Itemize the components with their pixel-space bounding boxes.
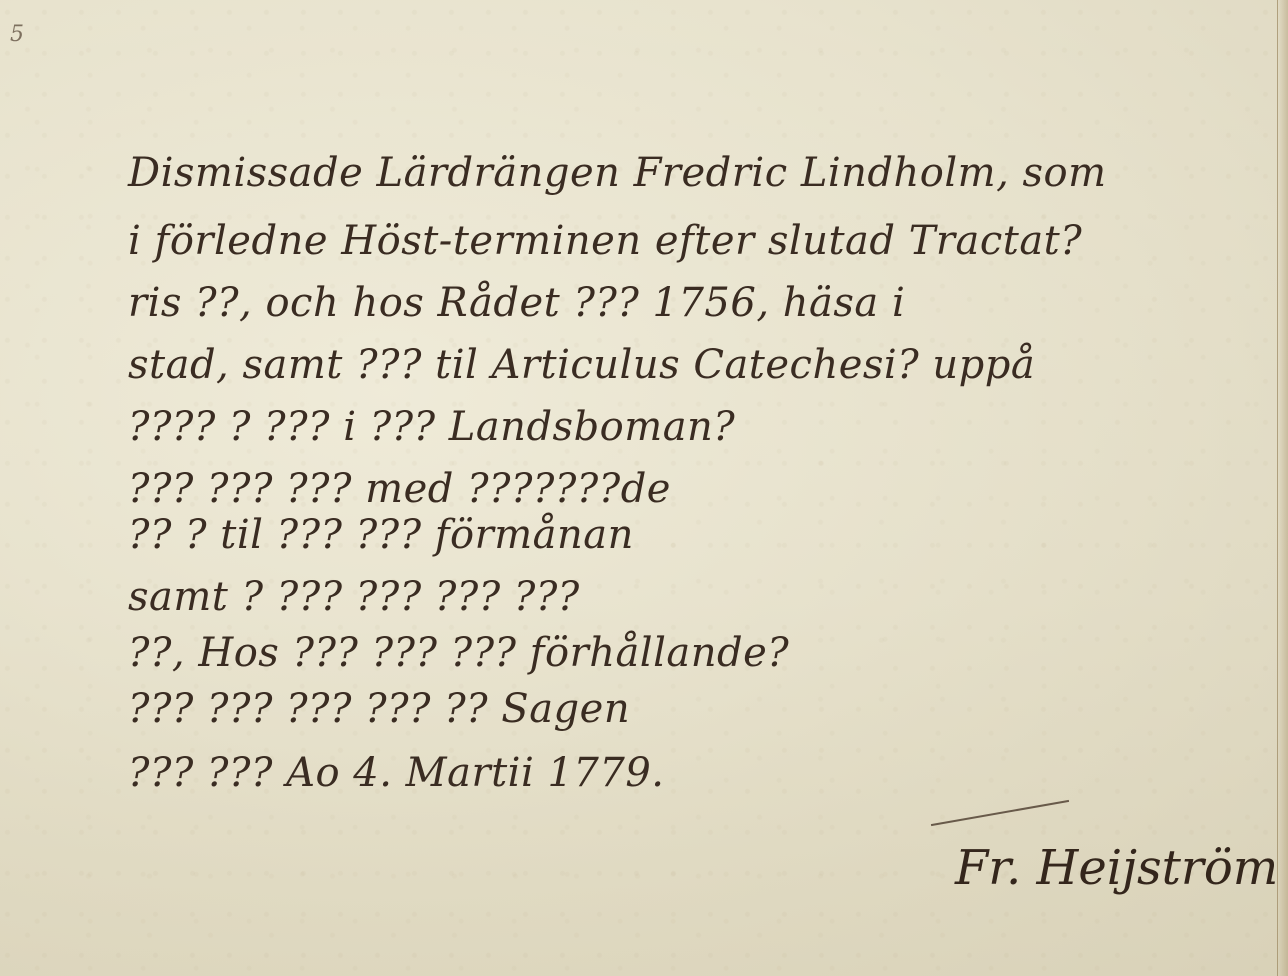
manuscript-line: ?? ? til ??? ??? förmånan [128,512,634,558]
manuscript-line: ??, Hos ??? ??? ??? förhållande? [128,630,789,676]
manuscript-line: samt ? ??? ??? ??? ??? [128,574,580,620]
manuscript-line: ris ??, och hos Rådet ??? 1756, häsa i [128,280,905,326]
manuscript-line: ???? ? ??? i ??? Landsboman? [128,404,735,450]
manuscript-line: stad, samt ??? til Articulus Catechesi? … [128,342,1035,388]
page-edge [1277,0,1288,976]
manuscript-line: i förledne Höst-terminen efter slutad Tr… [128,218,1082,264]
manuscript-line: ??? ??? ??? med ???????de [128,466,671,512]
manuscript-line: ??? ??? Ao 4. Martii 1779. [128,750,664,796]
signature: Fr. Heijström [955,840,1278,896]
manuscript-line: ??? ??? ??? ??? ?? Sagen [128,686,630,732]
folio-number: 5 [10,22,24,47]
manuscript-line: Dismissade Lärdrängen Fredric Lindholm, … [128,150,1107,196]
